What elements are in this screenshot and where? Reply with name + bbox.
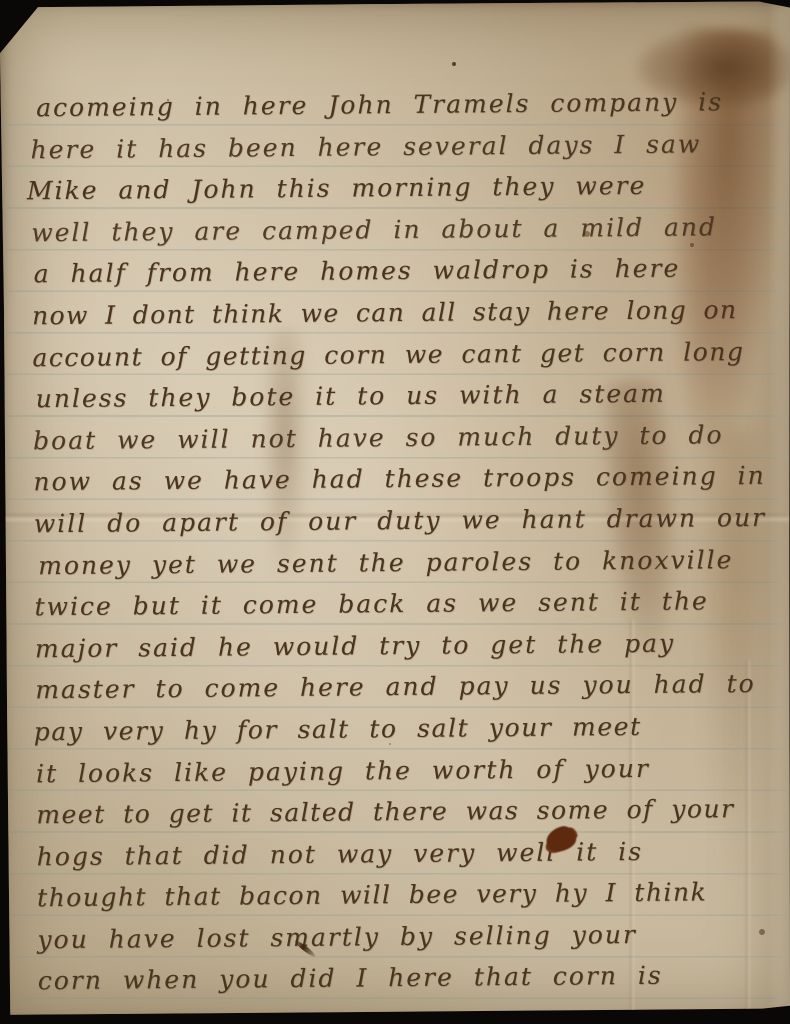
handwritten-line: thought that bacon will bee very hy I th… bbox=[37, 871, 783, 919]
handwritten-line: a half from here homes waldrop is here bbox=[33, 247, 777, 295]
handwritten-line: money yet we sent the paroles to knoxvil… bbox=[38, 538, 780, 586]
handwritten-line: acomeing in here John Tramels company is bbox=[36, 81, 776, 129]
letter-page: acomeing in here John Tramels company is… bbox=[0, 0, 790, 1024]
handwritten-line: corn when you did I here that corn is bbox=[38, 954, 784, 1002]
handwritten-line: master to come here and pay us you had t… bbox=[35, 663, 781, 711]
paper-speckles bbox=[0, 0, 4, 4]
handwritten-line: pay very hy for salt to salt your meet bbox=[33, 705, 781, 753]
handwritten-line: meet to get it salted there was some of … bbox=[36, 788, 782, 836]
handwritten-line: account of getting corn we cant get corn… bbox=[32, 330, 778, 378]
handwritten-line: unless they bote it to us with a steam bbox=[36, 372, 779, 420]
handwritten-line: here it has been here several days I saw bbox=[30, 122, 776, 170]
handwritten-line: hogs that did not way very well it is bbox=[37, 829, 783, 877]
handwritten-line: now as we have had these troops comeing … bbox=[33, 455, 779, 503]
handwritten-line: twice but it come back as we sent it the bbox=[34, 580, 780, 628]
handwritten-line: you have lost smartly by selling your bbox=[37, 913, 783, 961]
handwritten-line: boat we will not have so much duty to do bbox=[33, 413, 779, 461]
scanned-letter-image: acomeing in here John Tramels company is… bbox=[0, 0, 790, 1024]
handwritten-letter-text: acomeing in here John Tramels company is… bbox=[30, 81, 784, 1003]
handwritten-line: major said he would try to get the pay bbox=[35, 621, 781, 669]
handwritten-line: now I dont think we can all stay here lo… bbox=[32, 289, 778, 337]
handwritten-line: well they are camped in about a mild and bbox=[31, 206, 777, 254]
handwritten-line: it looks like paying the worth of your bbox=[36, 746, 782, 794]
handwritten-line: will do apart of our duty we hant drawn … bbox=[34, 497, 780, 545]
handwritten-line: Mike and John this morning they were bbox=[27, 164, 777, 212]
